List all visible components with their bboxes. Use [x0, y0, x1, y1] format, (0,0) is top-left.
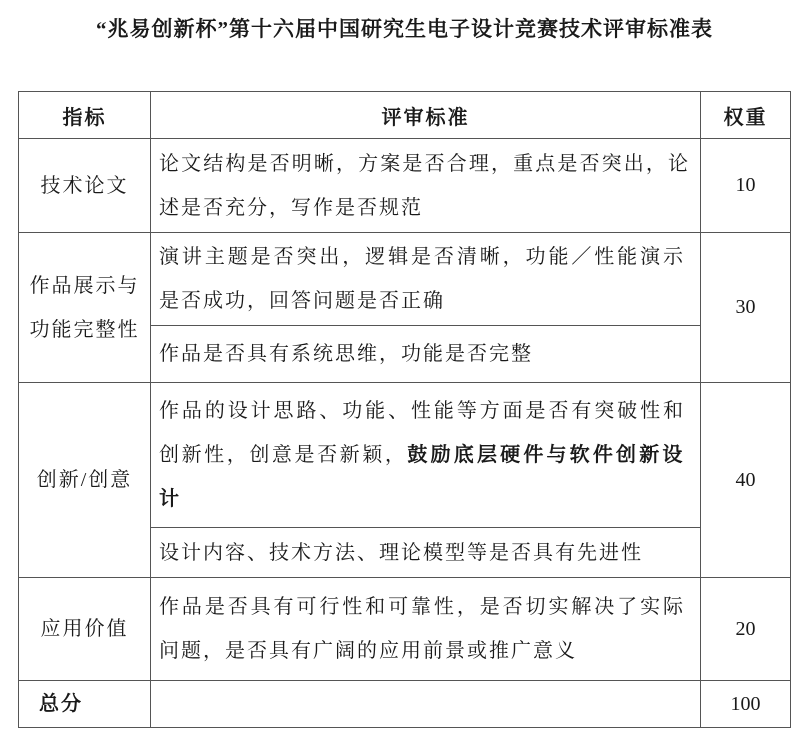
header-weight-cell: 权重: [701, 92, 791, 139]
weight-cell: 40: [701, 383, 791, 578]
weight-cell: 30: [701, 233, 791, 383]
weight-cell: 100: [701, 681, 791, 728]
table-header-row: 指标 评审标准 权重: [19, 92, 791, 139]
weight-cell: 10: [701, 139, 791, 233]
criteria-cell: 演讲主题是否突出，逻辑是否清晰，功能／性能演示是否成功，回答问题是否正确: [151, 233, 701, 326]
document-page: “兆易创新杯”第十六届中国研究生电子设计竞赛技术评审标准表 指标 评审标准 权重…: [0, 0, 809, 739]
table-row-innovation: 创新/创意 作品的设计思路、功能、性能等方面是否有突破性和创新性，创意是否新颖，…: [19, 383, 791, 528]
criteria-cell: 作品是否具有可行性和可靠性，是否切实解决了实际问题，是否具有广阔的应用前景或推广…: [151, 578, 701, 681]
criteria-text: 作品是否具有可行性和可靠性，是否切实解决了实际问题，是否具有广阔的应用前景或推广…: [159, 596, 685, 662]
criteria-cell: 论文结构是否明晰，方案是否合理，重点是否突出，论述是否充分，写作是否规范: [151, 139, 701, 233]
criteria-text: 设计内容、技术方法、理论模型等是否具有先进性: [159, 542, 643, 564]
header-criteria-cell: 评审标准: [151, 92, 701, 139]
table-row-application-value: 应用价值 作品是否具有可行性和可靠性，是否切实解决了实际问题，是否具有广阔的应用…: [19, 578, 791, 681]
criteria-cell: [151, 681, 701, 728]
weight-cell: 20: [701, 578, 791, 681]
indicator-cell: 作品展示与功能完整性: [19, 233, 151, 383]
criteria-text: 论文结构是否明晰，方案是否合理，重点是否突出，论述是否充分，写作是否规范: [159, 153, 690, 219]
table-row-presentation: 作品展示与功能完整性 演讲主题是否突出，逻辑是否清晰，功能／性能演示是否成功，回…: [19, 233, 791, 326]
page-title: “兆易创新杯”第十六届中国研究生电子设计竞赛技术评审标准表: [0, 0, 809, 45]
indicator-cell: 技术论文: [19, 139, 151, 233]
indicator-cell: 应用价值: [19, 578, 151, 681]
table-row-total: 总分 100: [19, 681, 791, 728]
indicator-cell: 总分: [19, 681, 151, 728]
criteria-cell: 作品是否具有系统思维，功能是否完整: [151, 326, 701, 383]
criteria-text: 作品是否具有系统思维，功能是否完整: [159, 343, 533, 365]
review-standards-table: 指标 评审标准 权重 技术论文 论文结构是否明晰，方案是否合理，重点是否突出，论…: [18, 91, 791, 728]
indicator-cell: 创新/创意: [19, 383, 151, 578]
criteria-cell: 设计内容、技术方法、理论模型等是否具有先进性: [151, 528, 701, 578]
criteria-cell: 作品的设计思路、功能、性能等方面是否有突破性和创新性，创意是否新颖，鼓励底层硬件…: [151, 383, 701, 528]
header-indicator-cell: 指标: [19, 92, 151, 139]
criteria-text: 演讲主题是否突出，逻辑是否清晰，功能／性能演示是否成功，回答问题是否正确: [159, 246, 685, 312]
table-row-technical-paper: 技术论文 论文结构是否明晰，方案是否合理，重点是否突出，论述是否充分，写作是否规…: [19, 139, 791, 233]
